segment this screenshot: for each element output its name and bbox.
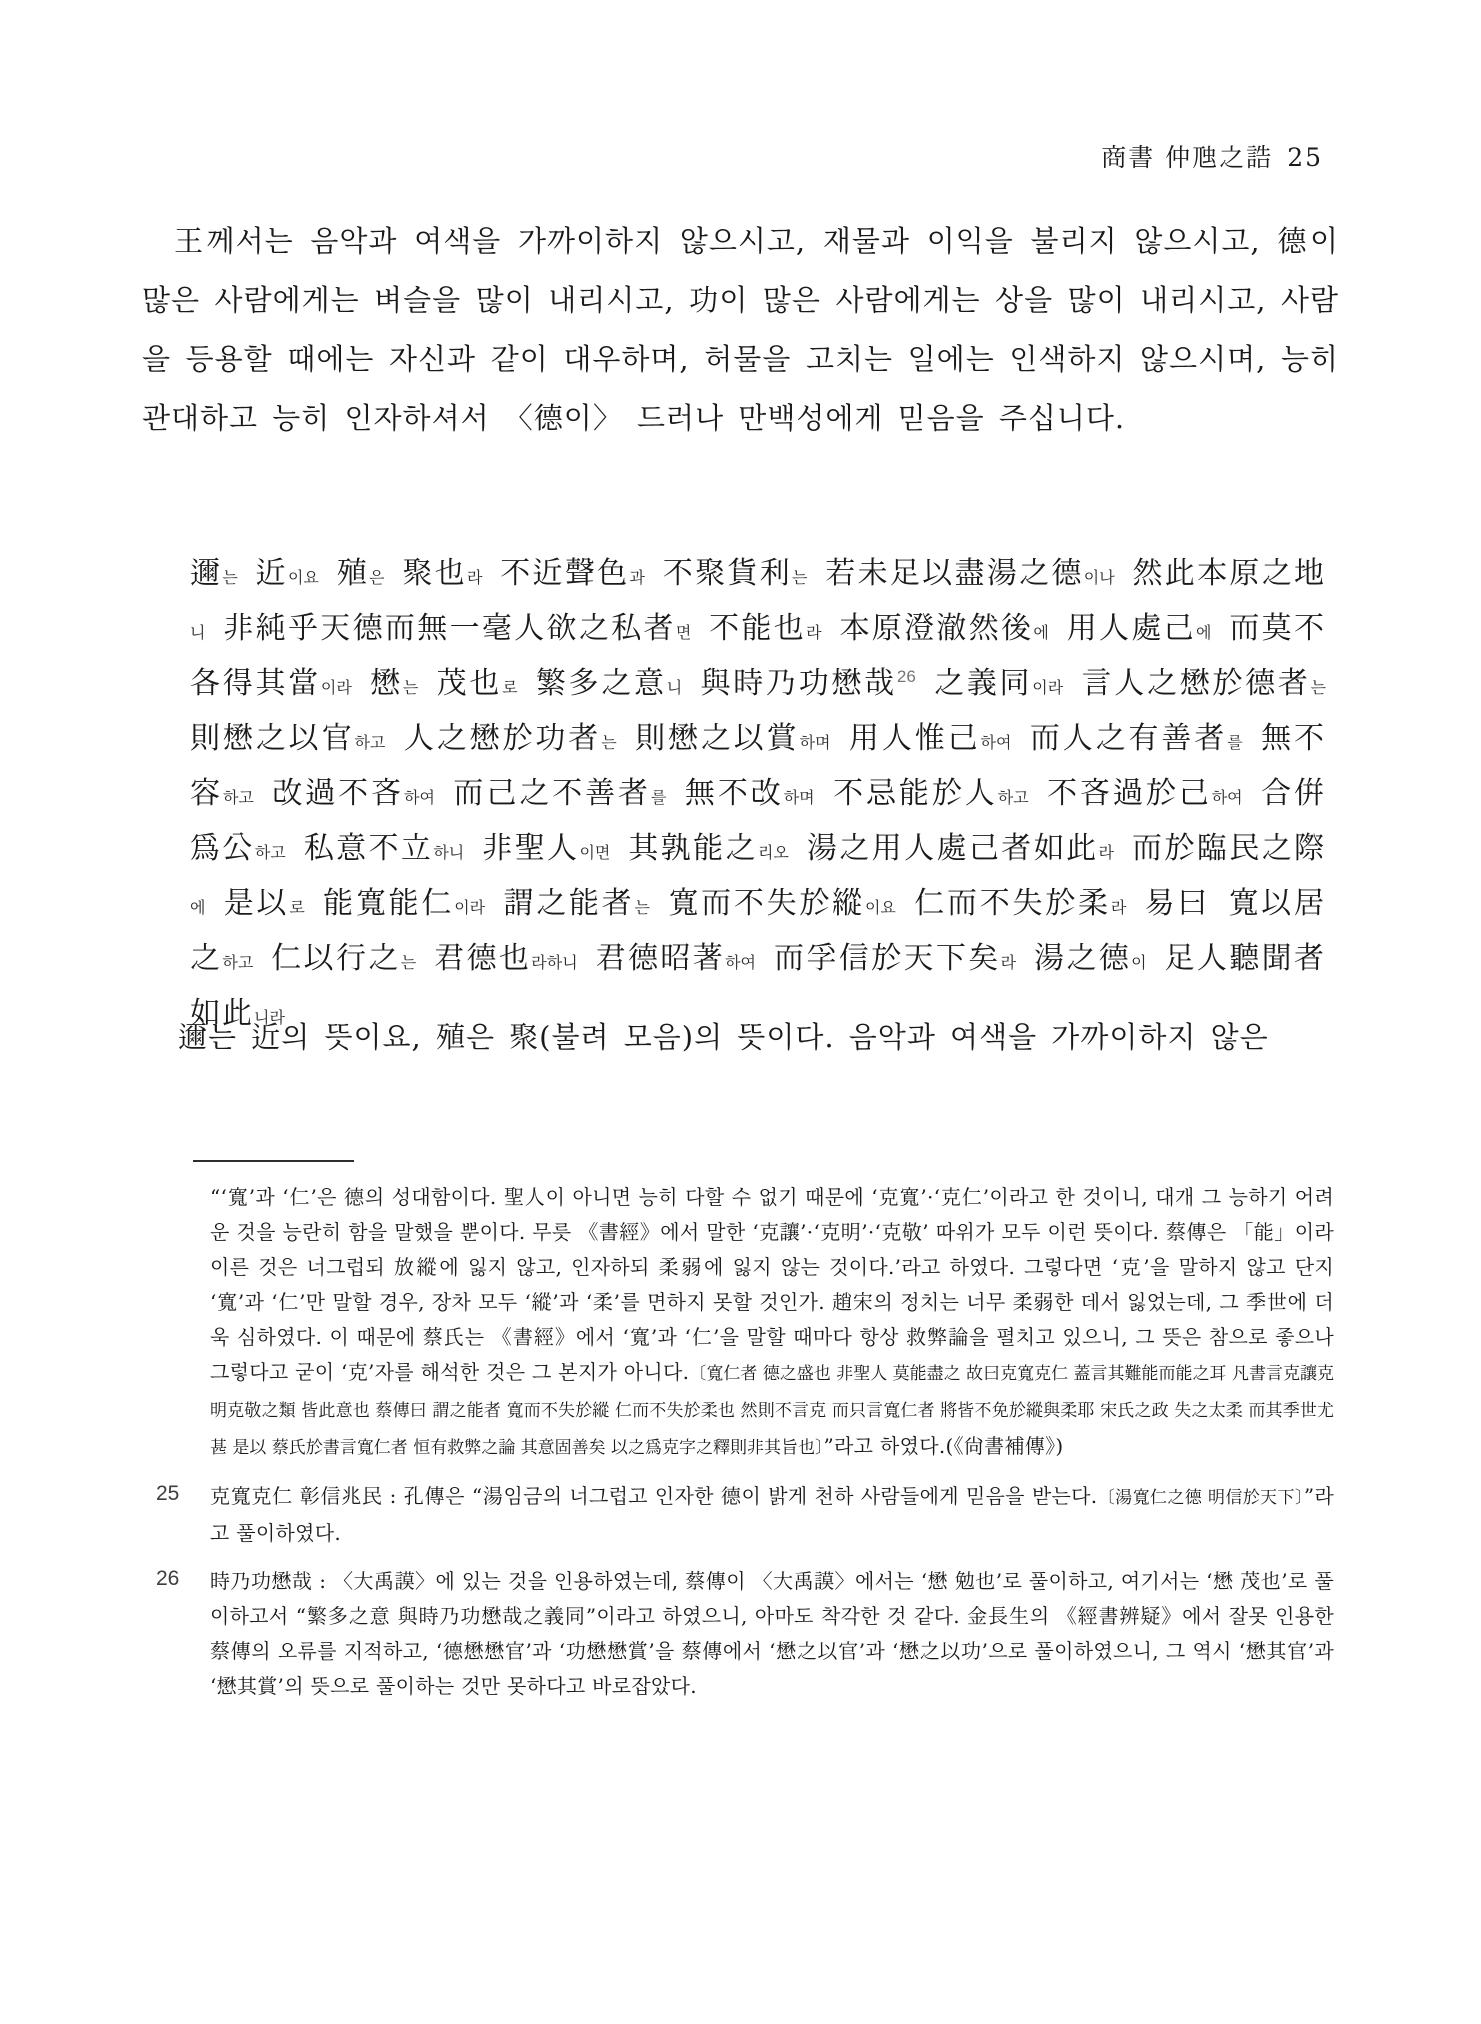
hanmun-text: 不能也 (709, 611, 806, 646)
hanmun-text: 殖 (337, 556, 369, 591)
korean-suffix: 이라 (321, 678, 352, 697)
hanmun-segment: 不吝過於己하여 (1047, 776, 1243, 811)
footnote-number: 26 (156, 1564, 210, 1704)
hanmun-text: 不吝過於己 (1047, 776, 1212, 811)
hanmun-segment: 邇는 (190, 556, 238, 591)
commentary-translation-paragraph: 邇는 近의 뜻이요, 殖은 聚(불려 모음)의 뜻이다. 음악과 여색을 가까이… (142, 1008, 1339, 1067)
hanmun-segment: 不近聲色과 (500, 556, 645, 591)
hanmun-text: 非聖人 (482, 831, 579, 866)
korean-suffix: 라 (1111, 898, 1126, 917)
hanmun-segment: 易曰 (1145, 886, 1211, 921)
korean-suffix: 면 (676, 623, 691, 642)
footnote-number: 25 (156, 1479, 210, 1551)
hanmun-segment: 不能也라 (709, 611, 821, 646)
hanmun-segment: 君德也라하니 (434, 941, 578, 976)
hanmun-segment: 懋는 (370, 666, 418, 701)
hanmun-segment: 仁而不失於柔라 (914, 886, 1126, 921)
korean-suffix: 라하니 (531, 953, 577, 972)
hanmun-text: 用人惟己 (849, 721, 981, 756)
running-head: 商書 仲虺之誥25 (1101, 138, 1323, 174)
hanmun-segment: 則懋之以賞하며 (635, 721, 830, 756)
hanmun-text: 其孰能之 (628, 831, 758, 866)
hanmun-segment: 謂之能者는 (503, 886, 650, 921)
footnote-reference: 26 (897, 667, 916, 686)
korean-suffix: 를 (1227, 733, 1242, 752)
hanmun-segment: 其孰能之리오 (628, 831, 789, 866)
korean-suffix: 에 (1033, 623, 1048, 642)
chapter-title: 商書 仲虺之誥 (1101, 143, 1273, 172)
hanmun-text: 君德也 (434, 941, 531, 976)
hanmun-text: 而己之不善者 (453, 776, 651, 811)
hanmun-segment: 本原澄澈然後에 (839, 611, 1048, 646)
hanmun-commentary-block: 邇는 近이요 殖은 聚也라 不近聲色과 不聚貨利는 若未足以盡湯之德이나 然此本… (190, 548, 1326, 1043)
hanmun-segment: 私意不立하니 (304, 831, 465, 866)
hanmun-text: 近 (256, 556, 288, 591)
korean-suffix: 니 (190, 623, 205, 642)
hanmun-text: 無不改 (685, 776, 784, 811)
hanmun-text: 繁多之意 (536, 666, 667, 701)
footnote-hanmun-citation: 〔湯寬仁之德 明信於天下〕 (1097, 1488, 1303, 1508)
hanmun-segment: 而人之有善者를 (1030, 721, 1243, 756)
hanmun-segment: 君德昭著하여 (596, 941, 756, 976)
korean-suffix: 니 (667, 678, 682, 697)
hanmun-text: 而孚信於天下矣 (774, 941, 1001, 976)
hanmun-segment: 言人之懋於德者는 (1082, 666, 1327, 701)
korean-suffix: 하고 (223, 788, 254, 807)
hanmun-text: 仁而不失於柔 (914, 886, 1111, 921)
korean-suffix: 는 (403, 678, 418, 697)
korean-suffix: 은 (369, 568, 384, 587)
korean-suffix: 이요 (865, 898, 896, 917)
korean-suffix: 라 (1001, 953, 1016, 972)
korean-suffix: 로 (502, 678, 517, 697)
hanmun-segment: 用人處己에 (1067, 611, 1212, 646)
korean-suffix: 는 (401, 953, 416, 972)
korean-suffix: 하고 (222, 953, 253, 972)
hanmun-text: 不聚貨利 (663, 556, 792, 591)
korean-suffix: 하며 (784, 788, 815, 807)
translation-paragraph: 王께서는 음악과 여색을 가까이하지 않으시고, 재물과 이익을 불리지 않으시… (142, 212, 1339, 448)
hanmun-text: 則懋之以官 (190, 721, 354, 756)
hanmun-text: 不近聲色 (500, 556, 629, 591)
footnote-separator-rule (193, 1160, 354, 1162)
hanmun-segment: 湯之德이 (1034, 941, 1147, 976)
hanmun-text: 湯之用人處己者如此 (807, 831, 1099, 866)
hanmun-segment: 與時乃功懋哉26 (701, 666, 916, 701)
korean-suffix: 를 (651, 788, 666, 807)
hanmun-segment: 仁以行之는 (271, 941, 416, 976)
hanmun-segment: 繁多之意니 (536, 666, 682, 701)
hanmun-segment: 用人惟己하여 (849, 721, 1012, 756)
korean-suffix: 하고 (998, 788, 1029, 807)
hanmun-text: 君德昭著 (596, 941, 726, 976)
korean-suffix: 이요 (288, 568, 319, 587)
korean-suffix: 하여 (404, 788, 435, 807)
hanmun-segment: 不忌能於人하고 (833, 776, 1029, 811)
korean-suffix: 로 (289, 898, 304, 917)
korean-suffix: 이라 (454, 898, 485, 917)
hanmun-text: 而於臨民之際 (1132, 831, 1326, 866)
hanmun-segment: 近이요 (256, 556, 319, 591)
korean-suffix: 하여 (1212, 788, 1243, 807)
korean-suffix: 과 (629, 568, 644, 587)
hanmun-text: 之義同 (934, 666, 1032, 701)
footnote-text: 克寬克仁 彰信兆民 : 孔傳은 “湯임금의 너그럽고 인자한 德이 밝게 천하 … (210, 1479, 1334, 1551)
korean-suffix: 리오 (758, 843, 789, 862)
hanmun-segment: 非聖人이면 (482, 831, 610, 866)
hanmun-text: 用人處己 (1067, 611, 1196, 646)
hanmun-segment: 改過不吝하여 (272, 776, 435, 811)
korean-suffix: 이면 (579, 843, 610, 862)
footnote-korean-text: 克寬克仁 彰信兆民 : 孔傳은 “湯임금의 너그럽고 인자한 德이 밝게 천하 … (210, 1484, 1097, 1508)
hanmun-segment: 非純乎天德而無一毫人欲之私者면 (223, 611, 691, 646)
hanmun-segment: 之義同이라 (934, 666, 1063, 701)
korean-suffix: 는 (792, 568, 807, 587)
korean-suffix: 라 (467, 568, 482, 587)
hanmun-segment: 則懋之以官하고 (190, 721, 385, 756)
footnote-text: 時乃功懋哉 : 〈大禹謨〉에 있는 것을 인용하였는데, 蔡傳이 〈大禹謨〉에서… (210, 1564, 1334, 1704)
footnote-korean-text: “‘寬’과 ‘仁’은 德의 성대함이다. 聖人이 아니면 능히 다할 수 없기 … (210, 1185, 1334, 1384)
footnote-item: 25克寬克仁 彰信兆民 : 孔傳은 “湯임금의 너그럽고 인자한 德이 밝게 천… (156, 1479, 1334, 1551)
footnote-item: “‘寬’과 ‘仁’은 德의 성대함이다. 聖人이 아니면 능히 다할 수 없기 … (156, 1180, 1334, 1466)
footnote-korean-text: ”라고 하였다.(《尙書補傳》) (824, 1434, 1064, 1458)
korean-suffix: 라 (1099, 843, 1114, 862)
korean-suffix: 하니 (433, 843, 464, 862)
hanmun-text: 然此本原之地 (1133, 556, 1327, 591)
footnote-number (156, 1180, 210, 1466)
korean-suffix: 이 (1131, 953, 1146, 972)
korean-suffix: 하며 (800, 733, 831, 752)
korean-suffix: 는 (635, 898, 650, 917)
hanmun-segment: 若未足以盡湯之德이나 (825, 556, 1114, 591)
page-number: 25 (1287, 143, 1323, 172)
hanmun-segment: 無不改하며 (685, 776, 815, 811)
hanmun-text: 茂也 (437, 666, 502, 701)
hanmun-segment: 不聚貨利는 (663, 556, 808, 591)
hanmun-text: 本原澄澈然後 (839, 611, 1033, 646)
hanmun-text: 非純乎天德而無一毫人欲之私者 (223, 611, 676, 646)
hanmun-segment: 能寬能仁이라 (323, 886, 485, 921)
korean-suffix: 는 (222, 568, 237, 587)
hanmun-segment: 是以로 (224, 886, 305, 921)
footnote-item: 26時乃功懋哉 : 〈大禹謨〉에 있는 것을 인용하였는데, 蔡傳이 〈大禹謨〉… (156, 1564, 1334, 1704)
hanmun-text: 仁以行之 (271, 941, 401, 976)
hanmun-segment: 寬而不失於縱이요 (668, 886, 896, 921)
hanmun-text: 易曰 (1145, 886, 1211, 921)
hanmun-text: 湯之德 (1034, 941, 1131, 976)
korean-suffix: 라 (806, 623, 821, 642)
hanmun-text: 不忌能於人 (833, 776, 998, 811)
hanmun-text: 人之懋於功者 (404, 721, 601, 756)
footnote-text: “‘寬’과 ‘仁’은 德의 성대함이다. 聖人이 아니면 능히 다할 수 없기 … (210, 1180, 1334, 1466)
hanmun-text: 私意不立 (304, 831, 434, 866)
hanmun-text: 寬而不失於縱 (668, 886, 865, 921)
hanmun-segment: 茂也로 (437, 666, 518, 701)
hanmun-segment: 殖은 (337, 556, 385, 591)
hanmun-text: 是以 (224, 886, 290, 921)
korean-suffix: 는 (601, 733, 616, 752)
hanmun-segment: 人之懋於功者는 (404, 721, 617, 756)
hanmun-text: 若未足以盡湯之德 (825, 556, 1083, 591)
hanmun-segment: 而孚信於天下矣라 (774, 941, 1016, 976)
korean-suffix: 하고 (255, 843, 286, 862)
hanmun-text: 謂之能者 (503, 886, 634, 921)
korean-suffix: 하여 (981, 733, 1012, 752)
korean-suffix: 는 (1311, 678, 1326, 697)
hanmun-text: 則懋之以賞 (635, 721, 799, 756)
hanmun-text: 言人之懋於德者 (1082, 666, 1311, 701)
korean-suffix: 이라 (1032, 678, 1063, 697)
hanmun-text: 而人之有善者 (1030, 721, 1227, 756)
korean-suffix: 에 (190, 898, 205, 917)
hanmun-text: 聚也 (402, 556, 467, 591)
korean-suffix: 이나 (1084, 568, 1115, 587)
footnote-section: “‘寬’과 ‘仁’은 德의 성대함이다. 聖人이 아니면 능히 다할 수 없기 … (156, 1180, 1334, 1717)
korean-suffix: 하여 (725, 953, 756, 972)
hanmun-segment: 湯之用人處己者如此라 (807, 831, 1114, 866)
hanmun-segment: 聚也라 (402, 556, 482, 591)
korean-suffix: 에 (1196, 623, 1211, 642)
book-page: 商書 仲虺之誥25 王께서는 음악과 여색을 가까이하지 않으시고, 재물과 이… (0, 0, 1481, 2024)
hanmun-text: 與時乃功懋哉 (701, 666, 897, 701)
hanmun-text: 能寬能仁 (323, 886, 454, 921)
footnote-korean-text: 時乃功懋哉 : 〈大禹謨〉에 있는 것을 인용하였는데, 蔡傳이 〈大禹謨〉에서… (210, 1569, 1334, 1698)
korean-suffix: 하고 (354, 733, 385, 752)
hanmun-text: 懋 (370, 666, 403, 701)
hanmun-segment: 而己之不善者를 (453, 776, 666, 811)
hanmun-text: 改過不吝 (272, 776, 404, 811)
hanmun-text: 邇 (190, 556, 222, 591)
